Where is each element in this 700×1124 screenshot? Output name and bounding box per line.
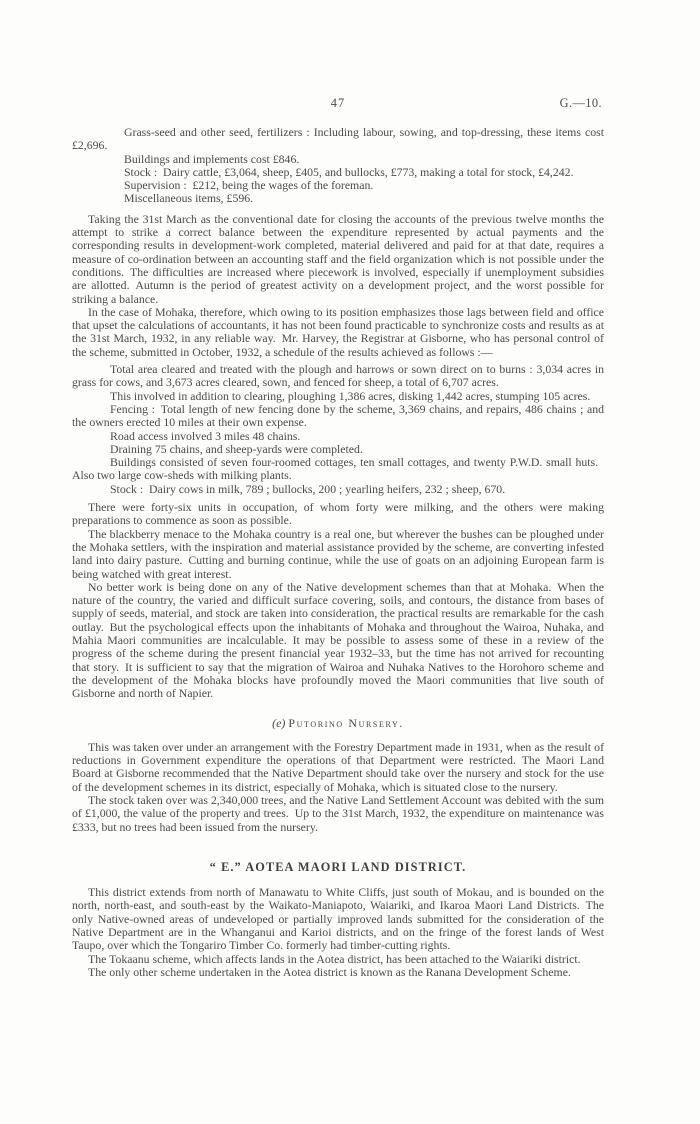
paragraph-mohaka-synchronize: In the case of Mohaka, therefore, which … [72,306,604,359]
cost-item-miscellaneous: Miscellaneous items, £596. [72,192,604,205]
paragraph-no-better-work: No better work is being done on any of t… [72,581,604,701]
paragraph-putorino-stock: The stock taken over was 2,340,000 trees… [72,794,604,834]
result-item-fencing: Fencing : Total length of new fencing do… [72,403,604,430]
cost-item-grass-seed: Grass-seed and other seed, fertilizers :… [72,126,604,153]
cost-item-buildings: Buildings and implements cost £846. [72,153,604,166]
paragraph-putorino-takeover: This was taken over under an arrangement… [72,741,604,794]
result-item-draining: Draining 75 chains, and sheep-yards were… [72,443,604,456]
paragraph-units-occupation: There were forty-six units in occupation… [72,501,604,528]
page-number: 47 [72,97,604,110]
result-item-stock: Stock : Dairy cows in milk, 789 ; bulloc… [72,483,604,496]
result-item-buildings: Buildings consisted of seven four-roomed… [72,456,604,483]
cost-item-stock: Stock : Dairy cattle, £3,064, sheep, £40… [72,166,604,179]
results-schedule-block: Total area cleared and treated with the … [72,363,604,496]
paragraph-blackberry-menace: The blackberry menace to the Mohaka coun… [72,528,604,581]
result-item-clearing: This involved in addition to clearing, p… [72,390,604,403]
paragraph-ranana-scheme: The only other scheme undertaken in the … [72,966,604,979]
text-column: 47 G.—10. Grass-seed and other seed, fer… [72,97,604,979]
heading-letter: (e) [272,716,285,730]
result-item-road-access: Road access involved 3 miles 48 chains. [72,430,604,443]
aotea-district-heading: “ E.” AOTEA MAORI LAND DISTRICT. [72,861,604,874]
cost-items-block: Grass-seed and other seed, fertilizers :… [72,126,604,206]
paragraph-closing-accounts: Taking the 31st March as the conventiona… [72,213,604,306]
putorino-nursery-heading: (e) Putorino Nursery. [72,717,604,730]
cost-item-supervision: Supervision : £212, being the wages of t… [72,179,604,192]
paragraph-aotea-district: This district extends from north of Mana… [72,886,604,952]
document-page: 47 G.—10. Grass-seed and other seed, fer… [0,0,700,1124]
heading-title: Putorino Nursery. [288,716,404,730]
result-item-total-area: Total area cleared and treated with the … [72,363,604,390]
document-reference: G.—10. [560,97,602,110]
paragraph-tokaanu-scheme: The Tokaanu scheme, which affects lands … [72,953,604,966]
page-header: 47 G.—10. [72,97,604,112]
